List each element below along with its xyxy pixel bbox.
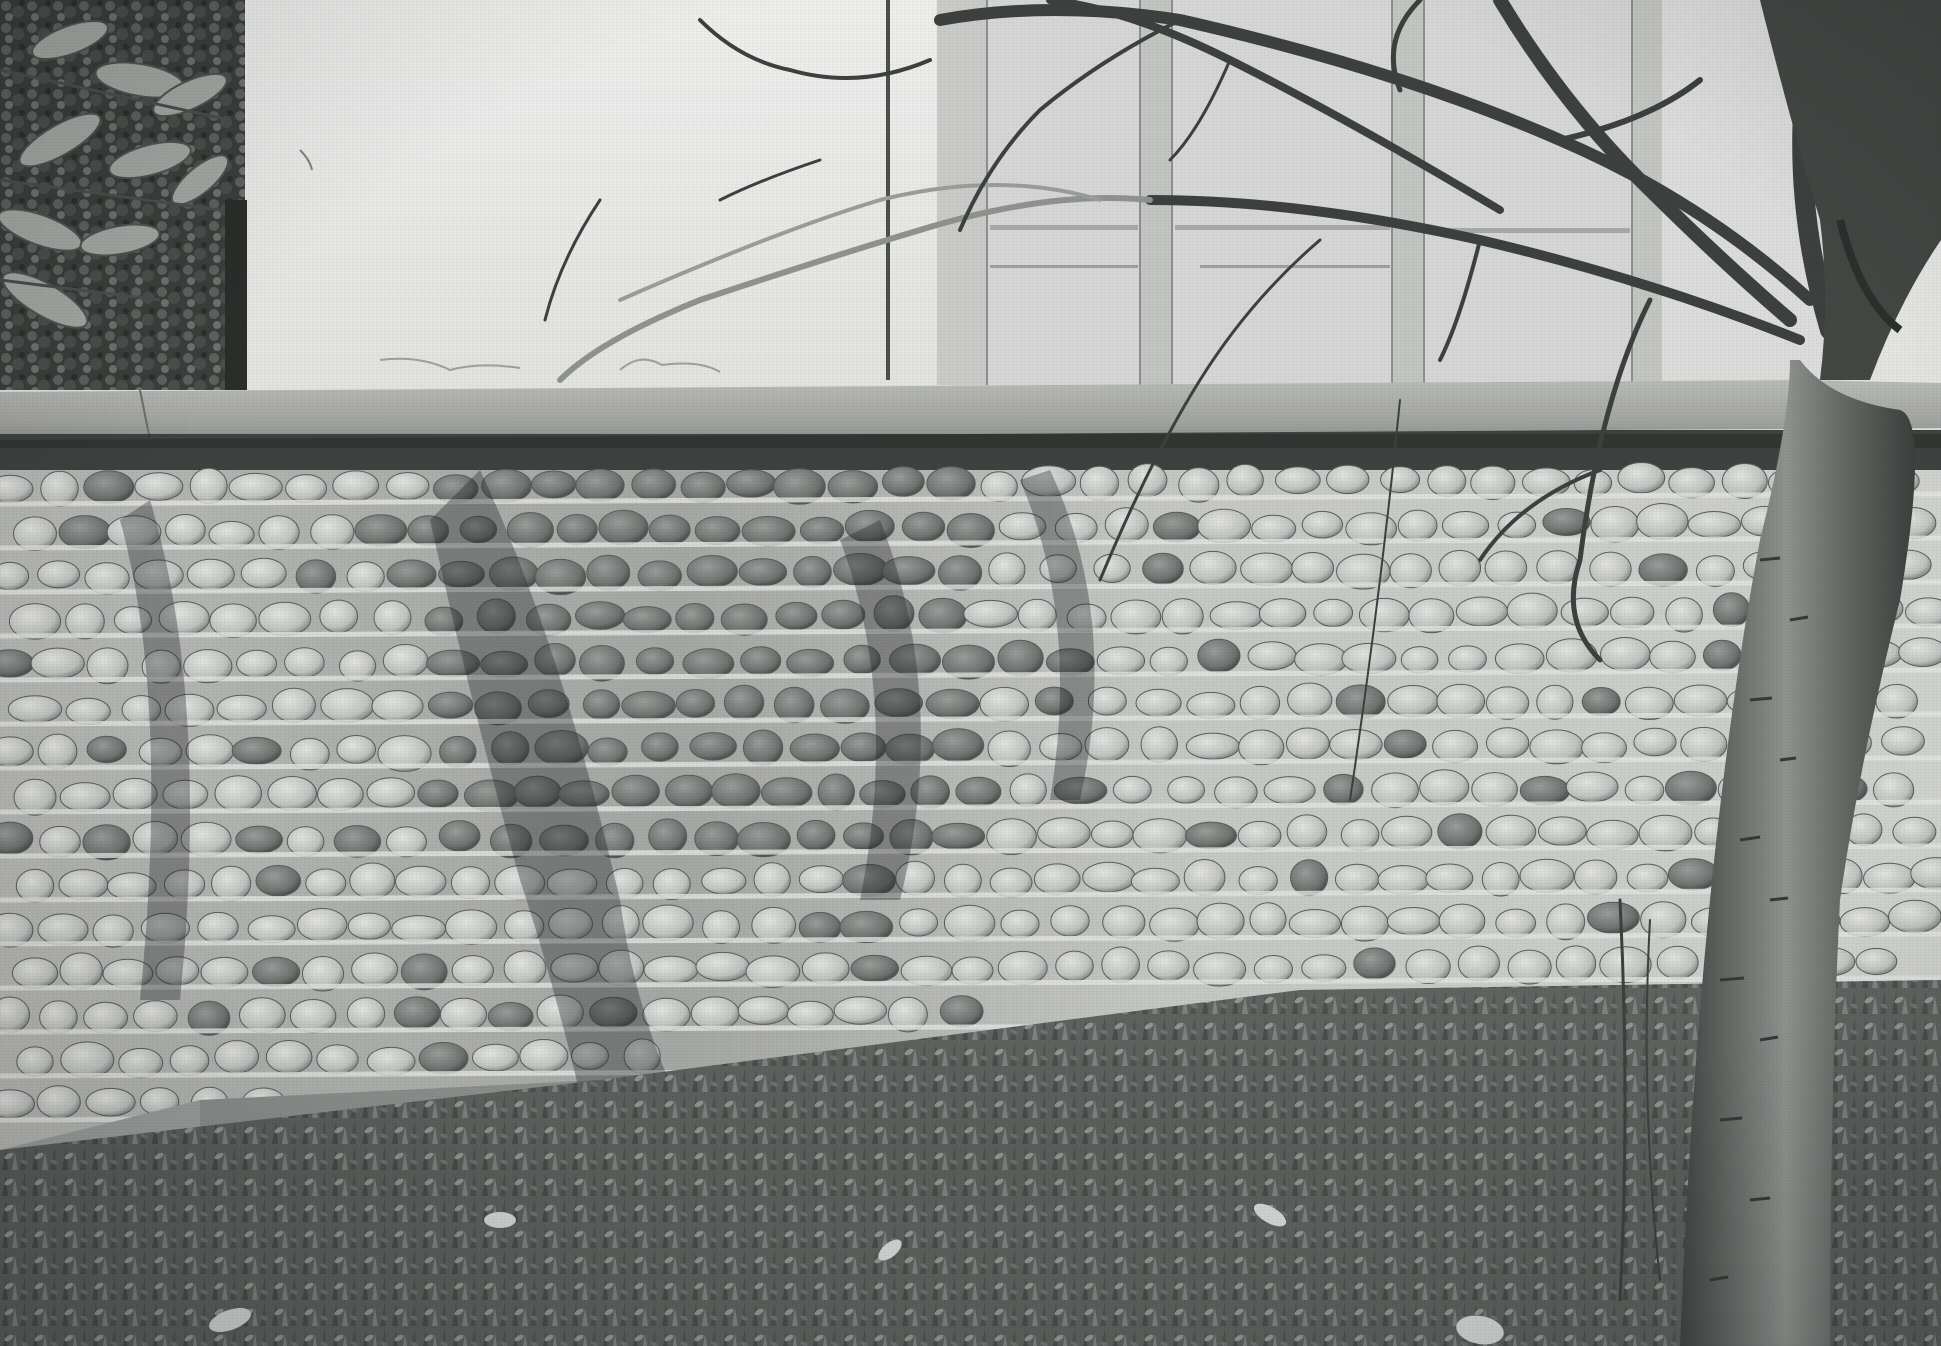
garden-wall-scene [0,0,1941,1346]
photograph [0,0,1941,1346]
wooden-door [888,0,1842,385]
coping-slab [0,380,1941,448]
